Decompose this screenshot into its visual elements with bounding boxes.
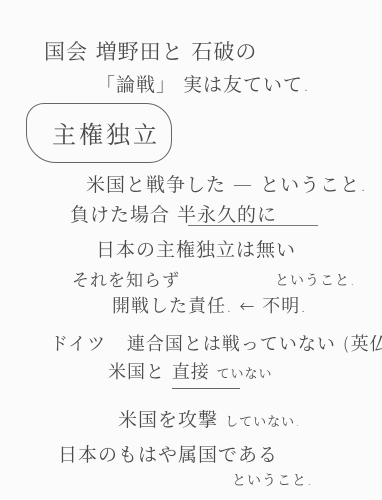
note-line-7: 開戦した責任. ← 不明.: [112, 292, 307, 318]
note-line-4: 負けた場合 半永久的に: [70, 200, 277, 227]
note-line-12: ということ.: [232, 470, 312, 490]
note-line-3: 米国と戦争した — ということ.: [86, 170, 367, 197]
note-line-5: 日本の主権独立は無い: [96, 235, 296, 262]
note-line-1: 国会 増野田と 石破の: [44, 36, 257, 66]
underline-1: [188, 225, 318, 226]
line9-part-a: 米国と: [108, 362, 165, 383]
line10-part-a: 米国を攻撃: [118, 409, 218, 431]
note-line-8: ドイツ 連合国とは戦っていない (英仏): [50, 330, 382, 356]
line10-part-b: していない.: [225, 415, 300, 430]
germany-text: 連合国とは戦っていない (英仏): [127, 334, 382, 355]
germany-label: ドイツ: [50, 334, 106, 355]
boxed-heading: 主権独立: [52, 115, 160, 150]
line9-emphasis: 直接: [172, 362, 210, 383]
line9-part-b: ていない: [216, 367, 272, 382]
note-line-9: 米国と 直接 ていない: [108, 358, 272, 384]
note-line-6: それを知らず: [72, 266, 180, 291]
note-line-11: 日本のもはや属国である: [58, 440, 278, 467]
note-line-2: 「論戦」 実は友ていて.: [96, 70, 310, 97]
underline-2: [172, 388, 240, 389]
note-line-10: 米国を攻撃 していない.: [118, 405, 300, 432]
note-line-6-aside: ということ.: [275, 270, 355, 290]
